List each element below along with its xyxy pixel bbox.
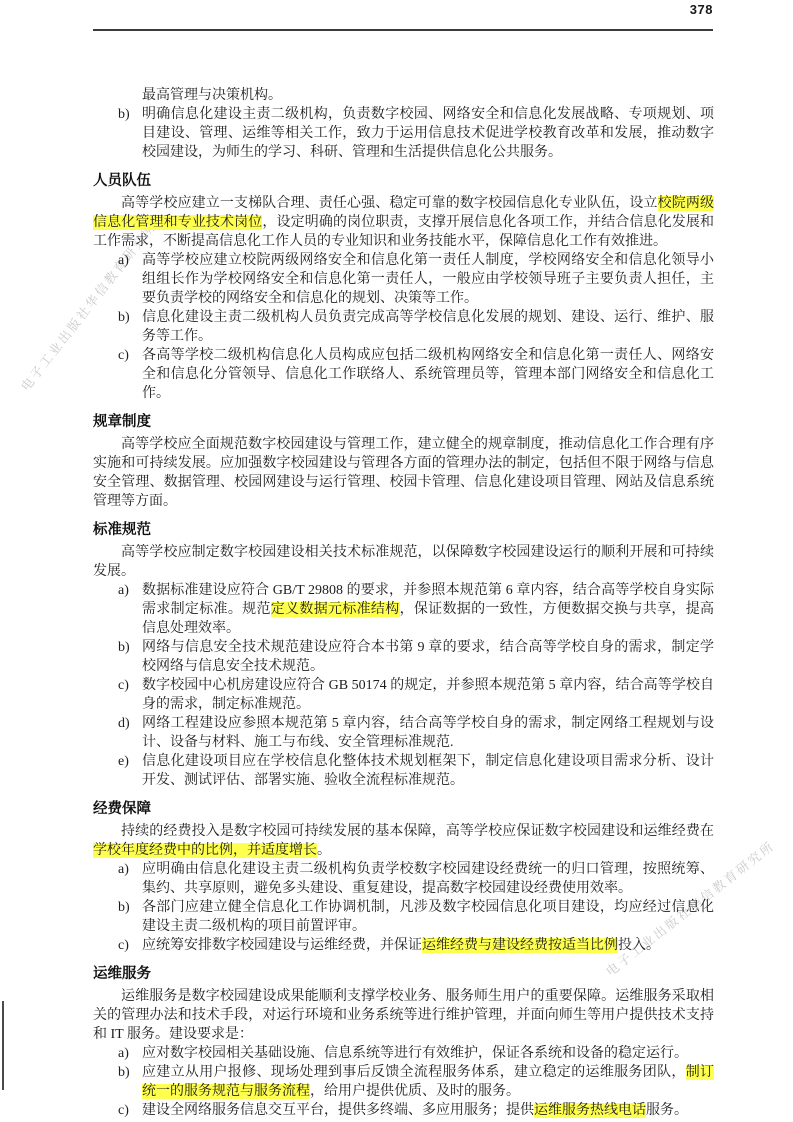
- section-heading-personnel: 人员队伍: [93, 171, 714, 191]
- carryover-line: 最高管理与决策机构。: [142, 86, 714, 105]
- text-run: 明确信息化建设主责二级机构，负责数字校园、网络安全和信息化发展战略、专项规划、项…: [142, 107, 714, 160]
- text-run: 运维服务是数字校园建设成果能顺利支撑学校业务、服务师生用户的重要保障。运维服务采…: [93, 989, 714, 1042]
- standards-paragraph: 高等学校应制定数字校园建设相关技术标准规范，以保障数字校园建设运行的顺利开展和可…: [93, 543, 714, 581]
- item-text: 信息化建设项目应在学校信息化整体技术规划框架下，制定信息化建设项目需求分析、设计…: [142, 754, 714, 788]
- funding-item-b: b)各部门应建立健全信息化工作协调机制，凡涉及数字校园信息化项目建设，均应经过信…: [93, 898, 714, 936]
- personnel-item-c: c)各高等学校二级机构信息化人员构成应包括二级机构网络安全和信息化第一责任人、网…: [93, 346, 714, 403]
- standards-item-c: c)数字校园中心机房建设应符合 GB 50174 的规定，并参照本规范第 5 章…: [93, 676, 714, 714]
- item-text: 应明确由信息化建设主责二级机构负责学校数字校园建设经费统一的归口管理，按照统筹、…: [142, 862, 714, 896]
- item-label: b): [118, 105, 130, 124]
- item-text: 各高等学校二级机构信息化人员构成应包括二级机构网络安全和信息化第一责任人、网络安…: [142, 348, 714, 401]
- text-run: 高等学校应建立校院两级网络安全和信息化第一责任人制度，学校网络安全和信息化领导小…: [142, 253, 714, 306]
- header-rule: [93, 29, 713, 31]
- item-label: e): [118, 752, 129, 771]
- item-text: 应统筹安排数字校园建设与运维经费，并保证运维经费与建设经费按适当比例投入。: [142, 938, 660, 953]
- item-text: 数字校园中心机房建设应符合 GB 50174 的规定，并参照本规范第 5 章内容…: [142, 678, 714, 712]
- text-run: 人员队伍: [93, 173, 151, 189]
- item-label: a): [118, 581, 129, 600]
- item-text: 应对数字校园相关基础设施、信息系统等进行有效维护，保证各系统和设备的稳定运行。: [142, 1046, 688, 1061]
- item-text: 各部门应建立健全信息化工作协调机制，凡涉及数字校园信息化项目建设，均应经过信息化…: [142, 900, 714, 934]
- item-label: b): [118, 1063, 130, 1082]
- highlighted-text: 运维服务热线电话: [534, 1103, 646, 1118]
- item-text: 应建立从用户报修、现场处理到事后反馈全流程服务体系，建立稳定的运维服务团队，制订…: [142, 1065, 714, 1099]
- text-run: 应建立从用户报修、现场处理到事后反馈全流程服务体系，建立稳定的运维服务团队，: [142, 1065, 686, 1080]
- operations-paragraph: 运维服务是数字校园建设成果能顺利支撑学校业务、服务师生用户的重要保障。运维服务采…: [93, 987, 714, 1044]
- text-run: 应对数字校园相关基础设施、信息系统等进行有效维护，保证各系统和设备的稳定运行。: [142, 1046, 688, 1061]
- standards-item-e: e)信息化建设项目应在学校信息化整体技术规划框架下，制定信息化建设项目需求分析、…: [93, 752, 714, 790]
- funding-item-c: c)应统筹安排数字校园建设与运维经费，并保证运维经费与建设经费按适当比例投入。: [93, 936, 714, 955]
- text-run: 最高管理与决策机构。: [142, 88, 282, 103]
- section-heading-standards: 标准规范: [93, 520, 714, 540]
- section-heading-operations: 运维服务: [93, 964, 714, 984]
- item-text: 高等学校应建立校院两级网络安全和信息化第一责任人制度，学校网络安全和信息化领导小…: [142, 253, 714, 306]
- standards-item-a: a)数据标准建设应符合 GB/T 29808 的要求，并参照本规范第 6 章内容…: [93, 581, 714, 638]
- operations-item-c: c)建设全网络服务信息交互平台，提供多终端、多应用服务；提供运维服务热线电话服务…: [93, 1101, 714, 1120]
- item-label: c): [118, 1101, 129, 1120]
- standards-item-b: b)网络与信息安全技术规范建设应符合本书第 9 章的要求，结合高等学校自身的需求…: [93, 638, 714, 676]
- item-text: 网络与信息安全技术规范建设应符合本书第 9 章的要求，结合高等学校自身的需求，制…: [142, 640, 714, 674]
- item-label: c): [118, 676, 129, 695]
- funding-paragraph: 持续的经费投入是数字校园可持续发展的基本保障，高等学校应保证数字校园建设和运维经…: [93, 822, 714, 860]
- item-label: b): [118, 898, 130, 917]
- page-number: 378: [690, 2, 713, 17]
- document-body: 最高管理与决策机构。b)明确信息化建设主责二级机构，负责数字校园、网络安全和信息…: [93, 86, 714, 1120]
- item-label: a): [118, 251, 129, 270]
- highlighted-text: 运维经费与建设经费按适当比例: [422, 938, 618, 953]
- text-run: 规章制度: [93, 414, 151, 430]
- text-run: 标准规范: [93, 522, 151, 538]
- item-label: b): [118, 638, 130, 657]
- intro-item-b: b)明确信息化建设主责二级机构，负责数字校园、网络安全和信息化发展战略、专项规划…: [93, 105, 714, 162]
- item-label: c): [118, 346, 129, 365]
- personnel-item-b: b)信息化建设主责二级机构人员负责完成高等学校信息化发展的规划、建设、运行、维护…: [93, 308, 714, 346]
- text-run: 应明确由信息化建设主责二级机构负责学校数字校园建设经费统一的归口管理，按照统筹、…: [142, 862, 714, 896]
- item-text: 明确信息化建设主责二级机构，负责数字校园、网络安全和信息化发展战略、专项规划、项…: [142, 107, 714, 160]
- operations-item-b: b)应建立从用户报修、现场处理到事后反馈全流程服务体系，建立稳定的运维服务团队，…: [93, 1063, 714, 1101]
- text-run: 经费保障: [93, 801, 151, 817]
- scan-edge-artifact: [2, 1001, 4, 1090]
- item-label: a): [118, 1044, 129, 1063]
- text-run: 高等学校应制定数字校园建设相关技术标准规范，以保障数字校园建设运行的顺利开展和可…: [93, 545, 714, 579]
- item-label: d): [118, 714, 130, 733]
- funding-item-a: a)应明确由信息化建设主责二级机构负责学校数字校园建设经费统一的归口管理，按照统…: [93, 860, 714, 898]
- item-text: 信息化建设主责二级机构人员负责完成高等学校信息化发展的规划、建设、运行、维护、服…: [142, 310, 714, 344]
- text-run: 高等学校应全面规范数字校园建设与管理工作，建立健全的规章制度，推动信息化工作合理…: [93, 437, 714, 509]
- text-run: 持续的经费投入是数字校园可持续发展的基本保障，高等学校应保证数字校园建设和运维经…: [121, 824, 714, 839]
- text-run: 建设全网络服务信息交互平台，提供多终端、多应用服务；提供: [142, 1103, 534, 1118]
- regulations-paragraph: 高等学校应全面规范数字校园建设与管理工作，建立健全的规章制度，推动信息化工作合理…: [93, 435, 714, 511]
- section-heading-funding: 经费保障: [93, 799, 714, 819]
- text-run: 各高等学校二级机构信息化人员构成应包括二级机构网络安全和信息化第一责任人、网络安…: [142, 348, 714, 401]
- operations-item-a: a)应对数字校园相关基础设施、信息系统等进行有效维护，保证各系统和设备的稳定运行…: [93, 1044, 714, 1063]
- item-text: 网络工程建设应参照本规范第 5 章内容，结合高等学校自身的需求，制定网络工程规划…: [142, 716, 714, 750]
- text-run: 信息化建设项目应在学校信息化整体技术规划框架下，制定信息化建设项目需求分析、设计…: [142, 754, 714, 788]
- highlighted-text: 学校年度经费中的比例，并适度增长: [93, 843, 317, 858]
- item-text: 建设全网络服务信息交互平台，提供多终端、多应用服务；提供运维服务热线电话服务。: [142, 1103, 688, 1118]
- text-run: 网络工程建设应参照本规范第 5 章内容，结合高等学校自身的需求，制定网络工程规划…: [142, 716, 714, 750]
- item-text: 数据标准建设应符合 GB/T 29808 的要求，并参照本规范第 6 章内容，结…: [142, 583, 714, 636]
- text-run: 信息化建设主责二级机构人员负责完成高等学校信息化发展的规划、建设、运行、维护、服…: [142, 310, 714, 344]
- highlighted-text: 定义数据元标准结构: [271, 602, 400, 617]
- item-label: a): [118, 860, 129, 879]
- text-run: 。: [317, 843, 331, 858]
- document-page: 378 电子工业出版社华信教育研究所 电子工业出版社华信教育研究所 最高管理与决…: [0, 0, 793, 1122]
- text-run: ，给用户提供优质、及时的服务。: [310, 1084, 520, 1099]
- text-run: 运维服务: [93, 966, 151, 982]
- text-run: 网络与信息安全技术规范建设应符合本书第 9 章的要求，结合高等学校自身的需求，制…: [142, 640, 714, 674]
- text-run: 服务。: [646, 1103, 688, 1118]
- item-label: b): [118, 308, 130, 327]
- personnel-paragraph: 高等学校应建立一支梯队合理、责任心强、稳定可靠的数字校园信息化专业队伍，设立校院…: [93, 194, 714, 251]
- personnel-item-a: a)高等学校应建立校院两级网络安全和信息化第一责任人制度，学校网络安全和信息化领…: [93, 251, 714, 308]
- text-run: 各部门应建立健全信息化工作协调机制，凡涉及数字校园信息化项目建设，均应经过信息化…: [142, 900, 714, 934]
- section-heading-regulations: 规章制度: [93, 412, 714, 432]
- standards-item-d: d)网络工程建设应参照本规范第 5 章内容，结合高等学校自身的需求，制定网络工程…: [93, 714, 714, 752]
- text-run: 高等学校应建立一支梯队合理、责任心强、稳定可靠的数字校园信息化专业队伍，设立: [121, 196, 658, 211]
- text-run: 投入。: [618, 938, 660, 953]
- text-run: 应统筹安排数字校园建设与运维经费，并保证: [142, 938, 422, 953]
- item-label: c): [118, 936, 129, 955]
- text-run: 数字校园中心机房建设应符合 GB 50174 的规定，并参照本规范第 5 章内容…: [142, 678, 714, 712]
